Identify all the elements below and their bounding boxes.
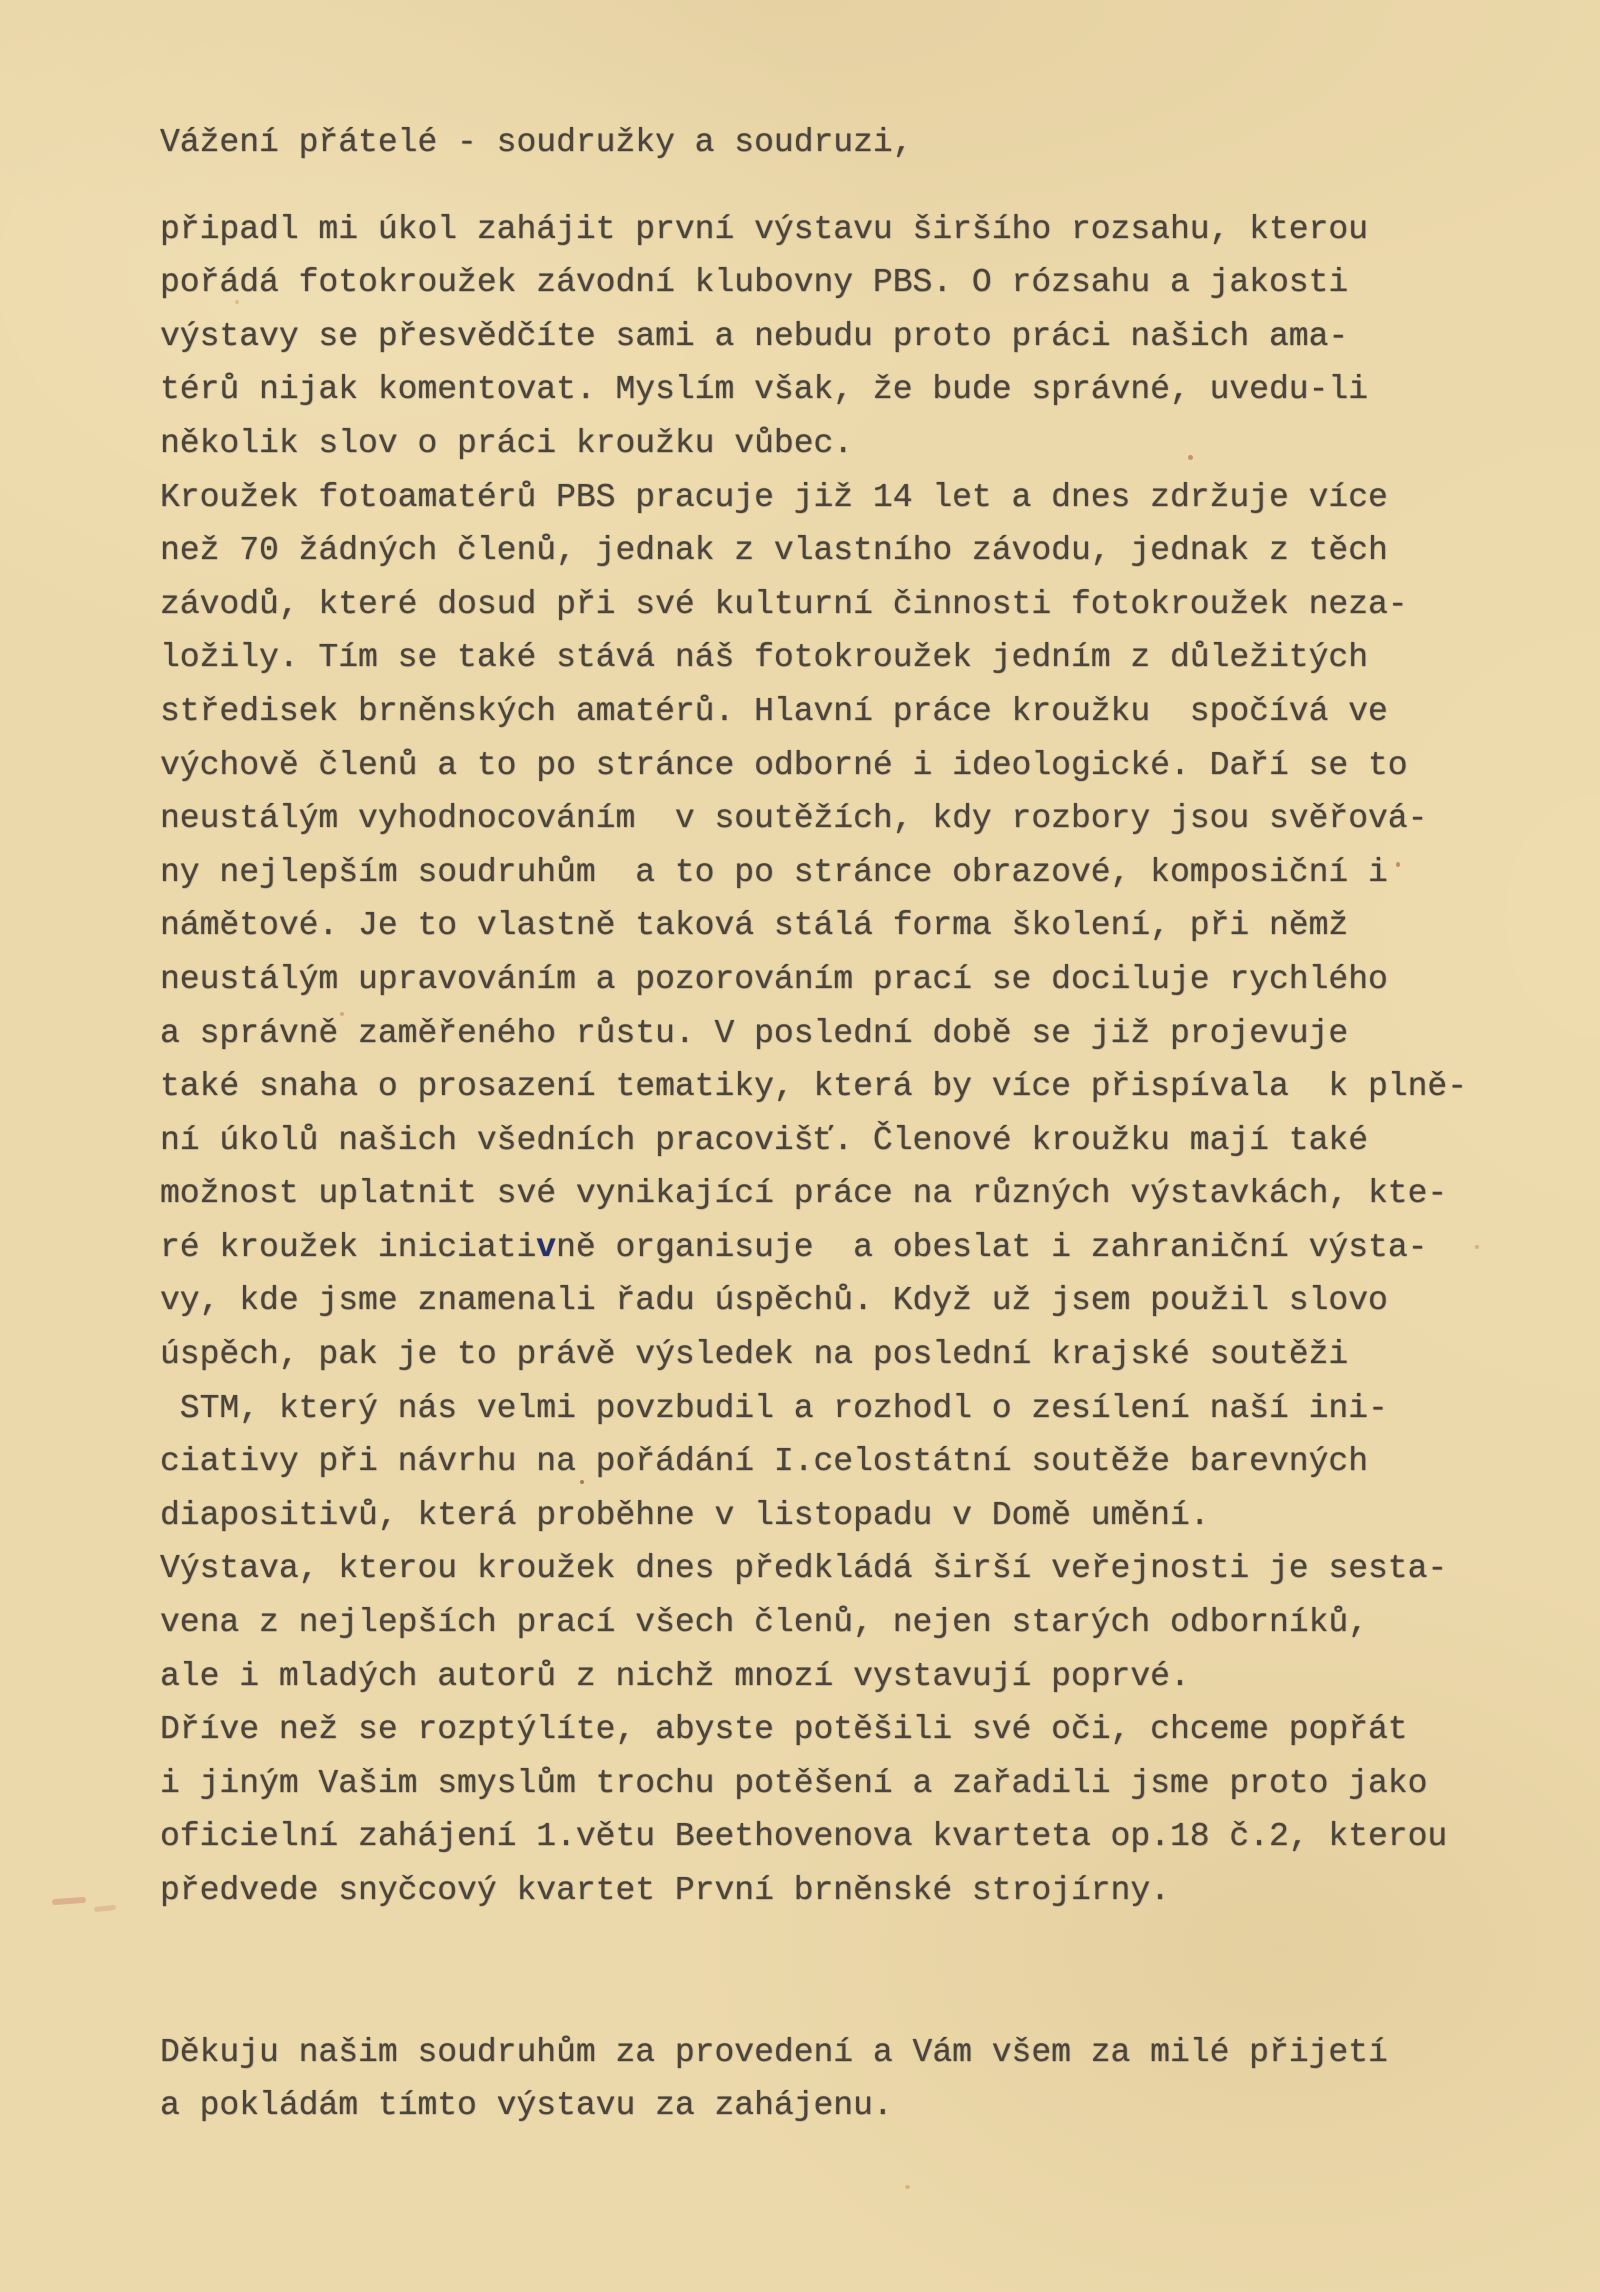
text-segment: pořádá fotokroužek závodní klubovny PBS.… [160,264,1348,301]
text-segment: několik slov o práci kroužku vůbec. [160,425,853,462]
text-line: předvede snyčcový kvartet První brněnské… [160,1864,1560,1918]
text-segment: vena z nejlepších prací všech členů, nej… [160,1604,1368,1641]
text-line: úspěch, pak je to právě výsledek na posl… [160,1328,1560,1382]
text-segment: a správně zaměřeného růstu. V poslední d… [160,1015,1348,1052]
text-line: než 70 žádných členů, jednak z vlastního… [160,524,1560,578]
text-line: námětové. Je to vlastně taková stálá for… [160,899,1560,953]
text-line: Děkuju našim soudruhům za provedení a Vá… [160,2026,1560,2080]
text-segment: výstavy se přesvědčíte sami a nebudu pro… [160,318,1348,355]
text-segment: térů nijak komentovat. Myslím však, že b… [160,371,1368,408]
text-segment: neustálým upravováním a pozorováním prac… [160,961,1388,998]
text-line: ciativy při návrhu na pořádání I.celostá… [160,1435,1560,1489]
text-line: možnost uplatnit své vynikající práce na… [160,1167,1560,1221]
text-segment: Výstava, kterou kroužek dnes předkládá š… [160,1550,1447,1587]
text-line: ny nejlepším soudruhům a to po stránce o… [160,846,1560,900]
text-segment: předvede snyčcový kvartet První brněnské… [160,1872,1170,1909]
paper-speck [905,2185,910,2189]
text-line: vy, kde jsme znamenali řadu úspěchů. Kdy… [160,1274,1560,1328]
text-line: neustálým vyhodnocováním v soutěžích, kd… [160,792,1560,846]
text-segment: STM, který nás velmi povzbudil a rozhodl… [160,1390,1388,1427]
text-segment: připadl mi úkol zahájit první výstavu ši… [160,211,1368,248]
text-line: a správně zaměřeného růstu. V poslední d… [160,1007,1560,1061]
text-line: oficielní zahájení 1.větu Beethovenova k… [160,1810,1560,1864]
letter-content: Vážení přátelé - soudružky a soudruzi, p… [160,116,1560,2133]
text-line: ložily. Tím se také stává náš fotokrouže… [160,631,1560,685]
text-line: Výstava, kterou kroužek dnes předkládá š… [160,1542,1560,1596]
text-line: několik slov o práci kroužku vůbec. [160,417,1560,471]
text-line: také snaha o prosazení tematiky, která b… [160,1060,1560,1114]
text-segment: než 70 žádných členů, jednak z vlastního… [160,532,1388,569]
document-body: připadl mi úkol zahájit první výstavu ši… [160,203,1560,1918]
text-segment: ně organisuje a obeslat i zahraniční výs… [556,1229,1427,1266]
text-line: Dříve než se rozptýlíte, abyste potěšili… [160,1703,1560,1757]
text-segment: ale i mladých autorů z nichž mnozí vysta… [160,1658,1190,1695]
text-line: středisek brněnských amatérů. Hlavní prá… [160,685,1560,739]
text-segment: ny nejlepším soudruhům a to po stránce o… [160,854,1388,891]
text-segment: Kroužek fotoamatérů PBS pracuje již 14 l… [160,479,1388,516]
text-segment: a pokládám tímto výstavu za zahájenu. [160,2087,893,2124]
text-segment: ré kroužek iniciati [160,1229,536,1266]
document-closing: Děkuju našim soudruhům za provedení a Vá… [160,2026,1560,2133]
text-line: i jiným Vašim smyslům trochu potěšení a … [160,1757,1560,1811]
salutation: Vážení přátelé - soudružky a soudruzi, [160,116,1560,170]
text-line: pořádá fotokroužek závodní klubovny PBS.… [160,256,1560,310]
text-line: diapositivů, která proběhne v listopadu … [160,1489,1560,1543]
text-line: ale i mladých autorů z nichž mnozí vysta… [160,1650,1560,1704]
text-segment: Děkuju našim soudruhům za provedení a Vá… [160,2034,1388,2071]
text-line: ní úkolů našich všedních pracovišť. Člen… [160,1114,1560,1168]
text-segment: oficielní zahájení 1.větu Beethovenova k… [160,1818,1447,1855]
salutation-block: Vážení přátelé - soudružky a soudruzi, [160,116,1560,170]
text-line: STM, který nás velmi povzbudil a rozhodl… [160,1382,1560,1436]
text-line: Kroužek fotoamatérů PBS pracuje již 14 l… [160,471,1560,525]
text-line: výstavy se přesvědčíte sami a nebudu pro… [160,310,1560,364]
text-line: závodů, které dosud při své kulturní čin… [160,578,1560,632]
text-segment: Dříve než se rozptýlíte, abyste potěšili… [160,1711,1408,1748]
text-line: připadl mi úkol zahájit první výstavu ši… [160,203,1560,257]
text-segment: také snaha o prosazení tematiky, která b… [160,1068,1467,1105]
text-segment: ní úkolů našich všedních pracovišť. Člen… [160,1122,1368,1159]
text-segment: neustálým vyhodnocováním v soutěžích, kd… [160,800,1427,837]
text-segment: námětové. Je to vlastně taková stálá for… [160,907,1348,944]
text-segment: vy, kde jsme znamenali řadu úspěchů. Kdy… [160,1282,1388,1319]
text-segment: i jiným Vašim smyslům trochu potěšení a … [160,1765,1427,1802]
text-line: térů nijak komentovat. Myslím však, že b… [160,363,1560,417]
text-segment: výchově členů a to po stránce odborné i … [160,747,1408,784]
text-segment: ciativy při návrhu na pořádání I.celostá… [160,1443,1368,1480]
text-segment: diapositivů, která proběhne v listopadu … [160,1497,1210,1534]
text-line: ré kroužek iniciativně organisuje a obes… [160,1221,1560,1275]
red-pencil-mark [52,1897,86,1905]
red-pencil-mark [94,1905,116,1912]
text-segment: středisek brněnských amatérů. Hlavní prá… [160,693,1388,730]
text-segment: úspěch, pak je to právě výsledek na posl… [160,1336,1348,1373]
scanned-typewritten-letter: Vážení přátelé - soudružky a soudruzi, p… [0,0,1600,2292]
text-line: vena z nejlepších prací všech členů, nej… [160,1596,1560,1650]
text-line: a pokládám tímto výstavu za zahájenu. [160,2079,1560,2133]
text-segment: ložily. Tím se také stává náš fotokrouže… [160,639,1368,676]
text-segment: možnost uplatnit své vynikající práce na… [160,1175,1447,1212]
text-line: výchově členů a to po stránce odborné i … [160,739,1560,793]
blue-ink-correction: v [536,1229,556,1266]
text-segment: závodů, které dosud při své kulturní čin… [160,586,1408,623]
text-line: neustálým upravováním a pozorováním prac… [160,953,1560,1007]
